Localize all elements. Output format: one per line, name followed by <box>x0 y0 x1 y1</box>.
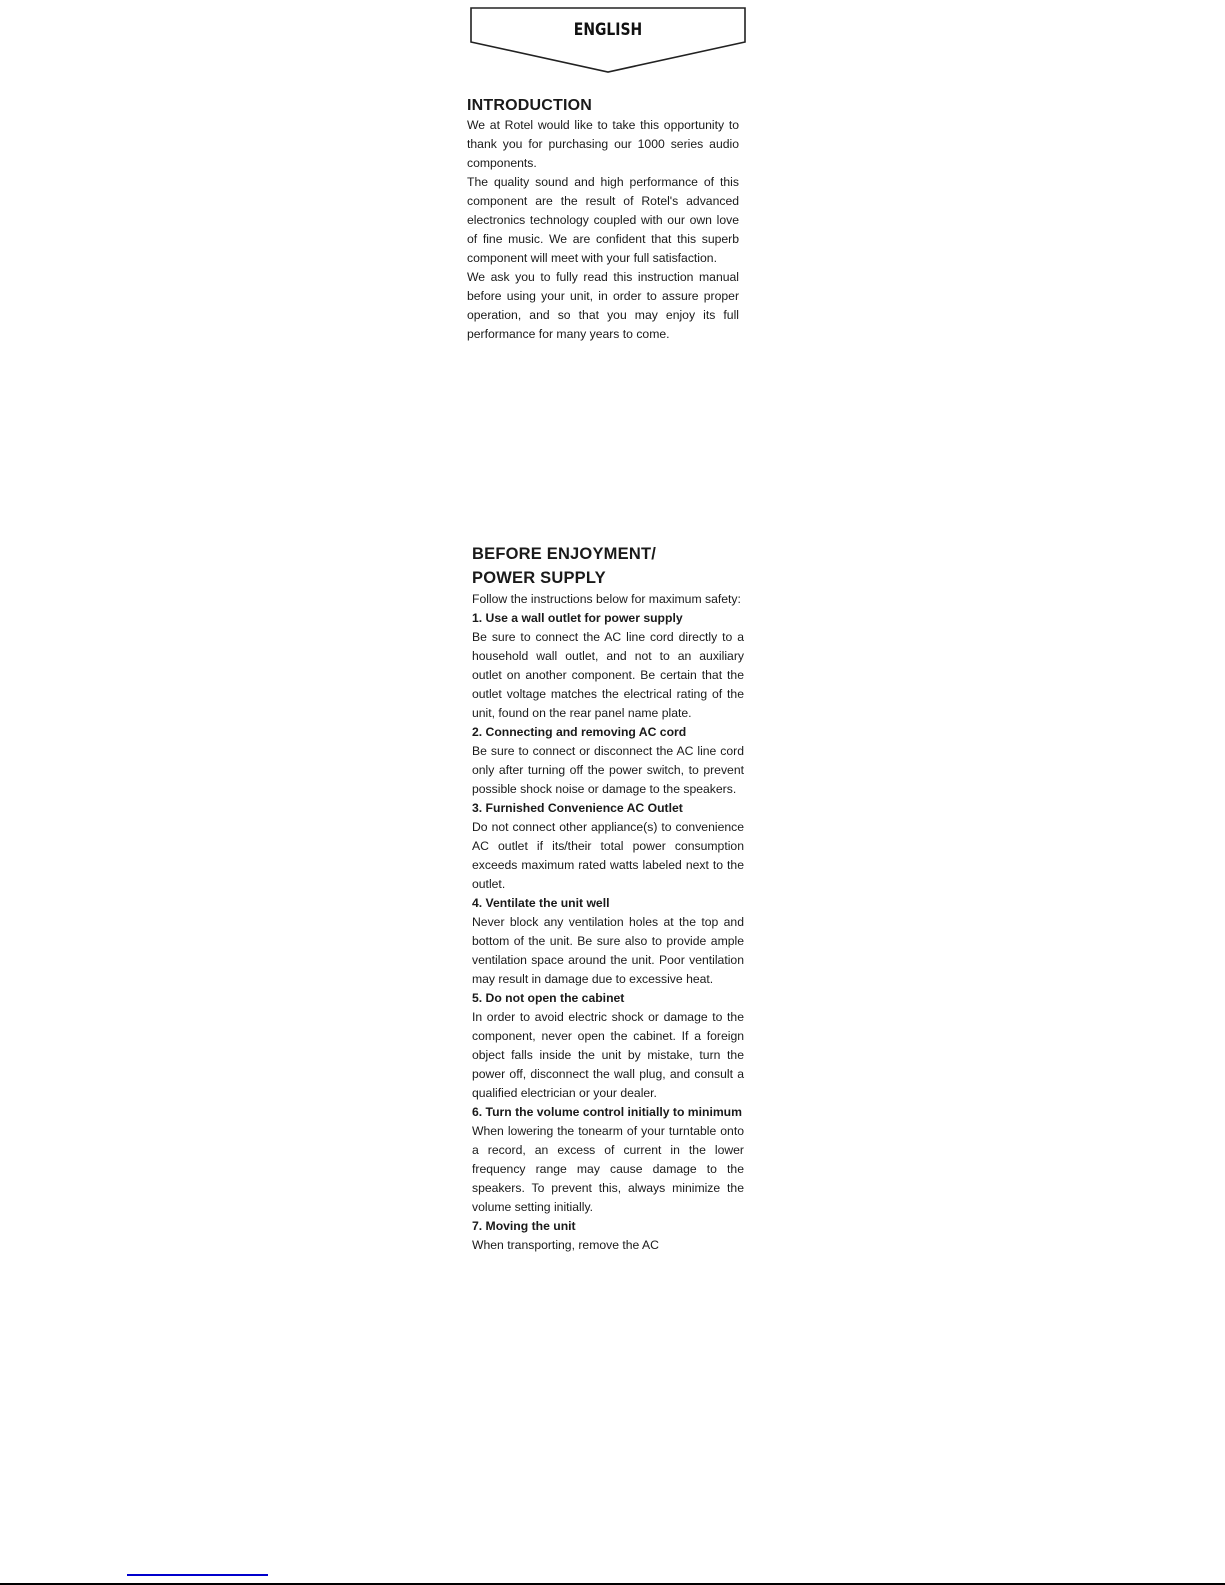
item-body: When lowering the tonearm of your turnta… <box>472 1122 744 1217</box>
banner-arrow-shape <box>470 6 746 74</box>
item-title: 5. Do not open the cabinet <box>472 989 744 1008</box>
item-title: 6. Turn the volume control initially to … <box>472 1103 744 1122</box>
item-body: Do not connect other appliance(s) to con… <box>472 818 744 894</box>
item-body: In order to avoid electric shock or dama… <box>472 1008 744 1103</box>
intro-paragraph: The quality sound and high performance o… <box>467 173 739 268</box>
heading-line-2: POWER SUPPLY <box>472 569 606 587</box>
item-body: Be sure to connect or disconnect the AC … <box>472 742 744 799</box>
item-title: 3. Furnished Convenience AC Outlet <box>472 799 744 818</box>
item-title: 7. Moving the unit <box>472 1217 744 1236</box>
power-supply-section: BEFORE ENJOYMENT/ POWER SUPPLY Follow th… <box>472 542 744 1255</box>
item-body: Never block any ventilation holes at the… <box>472 913 744 989</box>
introduction-heading: INTRODUCTION <box>467 96 739 116</box>
heading-line-1: BEFORE ENJOYMENT/ <box>472 545 656 563</box>
item-title: 4. Ventilate the unit well <box>472 894 744 913</box>
power-supply-intro: Follow the instructions below for maximu… <box>472 590 744 609</box>
introduction-section: INTRODUCTION We at Rotel would like to t… <box>467 96 739 344</box>
item-body: Be sure to connect the AC line cord dire… <box>472 628 744 723</box>
power-supply-heading: BEFORE ENJOYMENT/ POWER SUPPLY <box>472 542 744 590</box>
item-body: When transporting, remove the AC <box>472 1236 744 1255</box>
link-underline <box>127 1574 268 1576</box>
language-label: ENGLISH <box>495 20 721 40</box>
item-title: 2. Connecting and removing AC cord <box>472 723 744 742</box>
item-title: 1. Use a wall outlet for power supply <box>472 609 744 628</box>
intro-paragraph: We ask you to fully read this instructio… <box>467 268 739 344</box>
language-banner: ENGLISH <box>470 6 746 74</box>
intro-paragraph: We at Rotel would like to take this oppo… <box>467 116 739 173</box>
